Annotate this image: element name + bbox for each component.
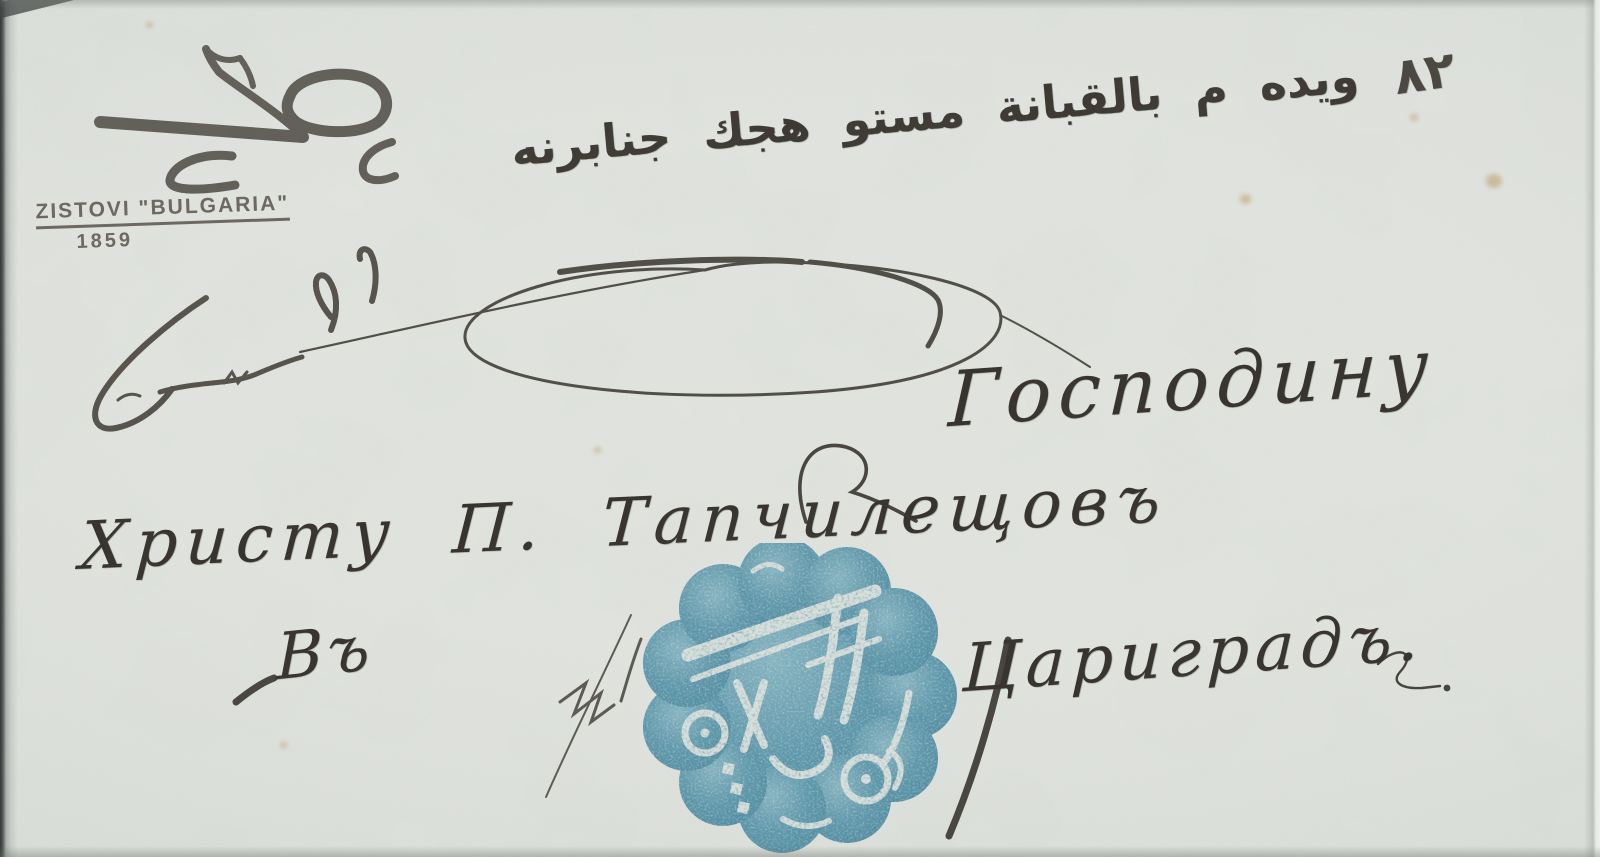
address-prefix: Въ <box>276 611 373 696</box>
foxing-spot <box>1240 194 1251 204</box>
foxing-spot <box>280 742 287 748</box>
foxing-spot <box>146 22 153 28</box>
foxing-spot <box>594 447 601 453</box>
arabic-scrawl-icon <box>95 249 376 429</box>
foxing-spot <box>1410 114 1418 121</box>
letter-scan: ZISTOVI "BULGARIA" 1859 ويده م بالقبانة … <box>0 0 1600 857</box>
prefix-tick-icon <box>236 678 274 702</box>
ink-scribble-icon <box>546 615 641 797</box>
ottoman-numerals: ٨٢ <box>1390 40 1459 106</box>
ottoman-rate-mark-icon <box>100 49 395 189</box>
collector-note: ZISTOVI "BULGARIA" 1859 <box>35 192 291 256</box>
foxing-spot <box>1486 174 1502 188</box>
